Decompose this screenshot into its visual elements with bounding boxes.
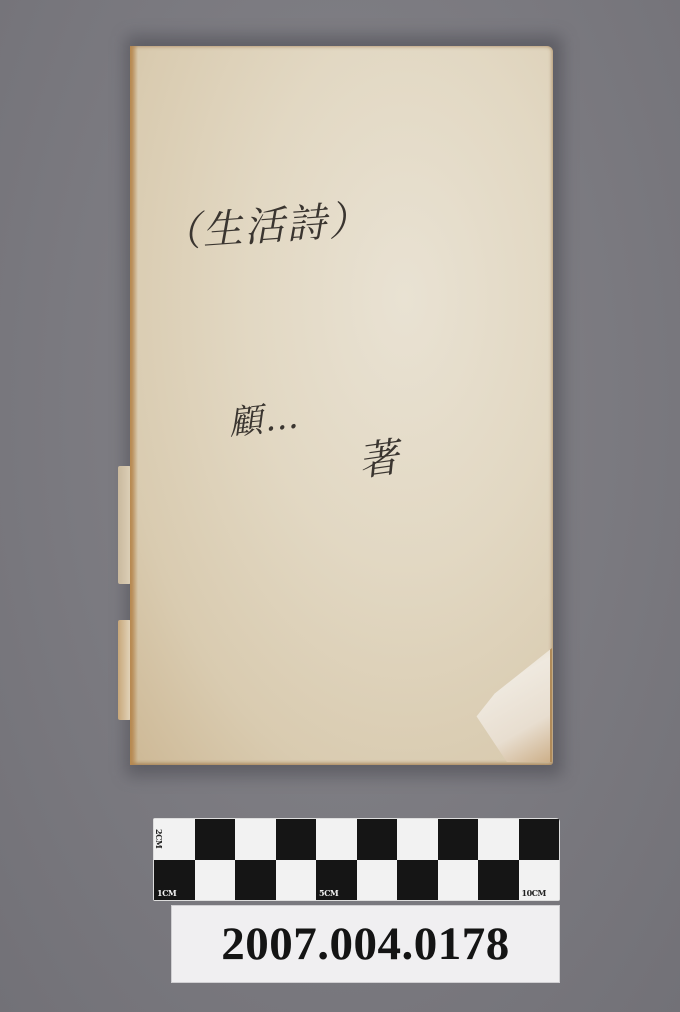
scale-cell	[519, 819, 560, 860]
handwritten-author: 顧…	[226, 388, 303, 444]
scale-cell	[397, 819, 438, 860]
scale-cell: 1CM	[154, 860, 195, 901]
scale-cell	[478, 819, 519, 860]
scale-label-1cm: 1CM	[157, 888, 176, 898]
scale-cell	[357, 860, 398, 901]
scale-cell	[235, 860, 276, 901]
scale-cell	[438, 819, 479, 860]
scale-label-2cm: 2CM	[154, 829, 164, 848]
scale-cell	[235, 819, 276, 860]
scale-cell	[357, 819, 398, 860]
handwritten-author-suffix: 著	[354, 425, 404, 487]
scale-cell: 2CM	[154, 819, 195, 860]
scale-cell	[397, 860, 438, 901]
scale-bar: 2CM 1CM 5CM 10CM	[153, 818, 560, 901]
scale-cell	[478, 860, 519, 901]
scale-cell	[316, 819, 357, 860]
scale-cell: 10CM	[519, 860, 560, 901]
accession-number-label: 2007.004.0178	[171, 905, 560, 983]
scale-cell	[276, 819, 317, 860]
scale-cell	[195, 819, 236, 860]
book-cover	[130, 46, 553, 765]
scale-cell	[195, 860, 236, 901]
scale-label-5cm: 5CM	[319, 888, 338, 898]
scale-cell: 5CM	[316, 860, 357, 901]
scale-cell	[276, 860, 317, 901]
scale-label-10cm: 10CM	[522, 888, 546, 898]
scale-cell	[438, 860, 479, 901]
